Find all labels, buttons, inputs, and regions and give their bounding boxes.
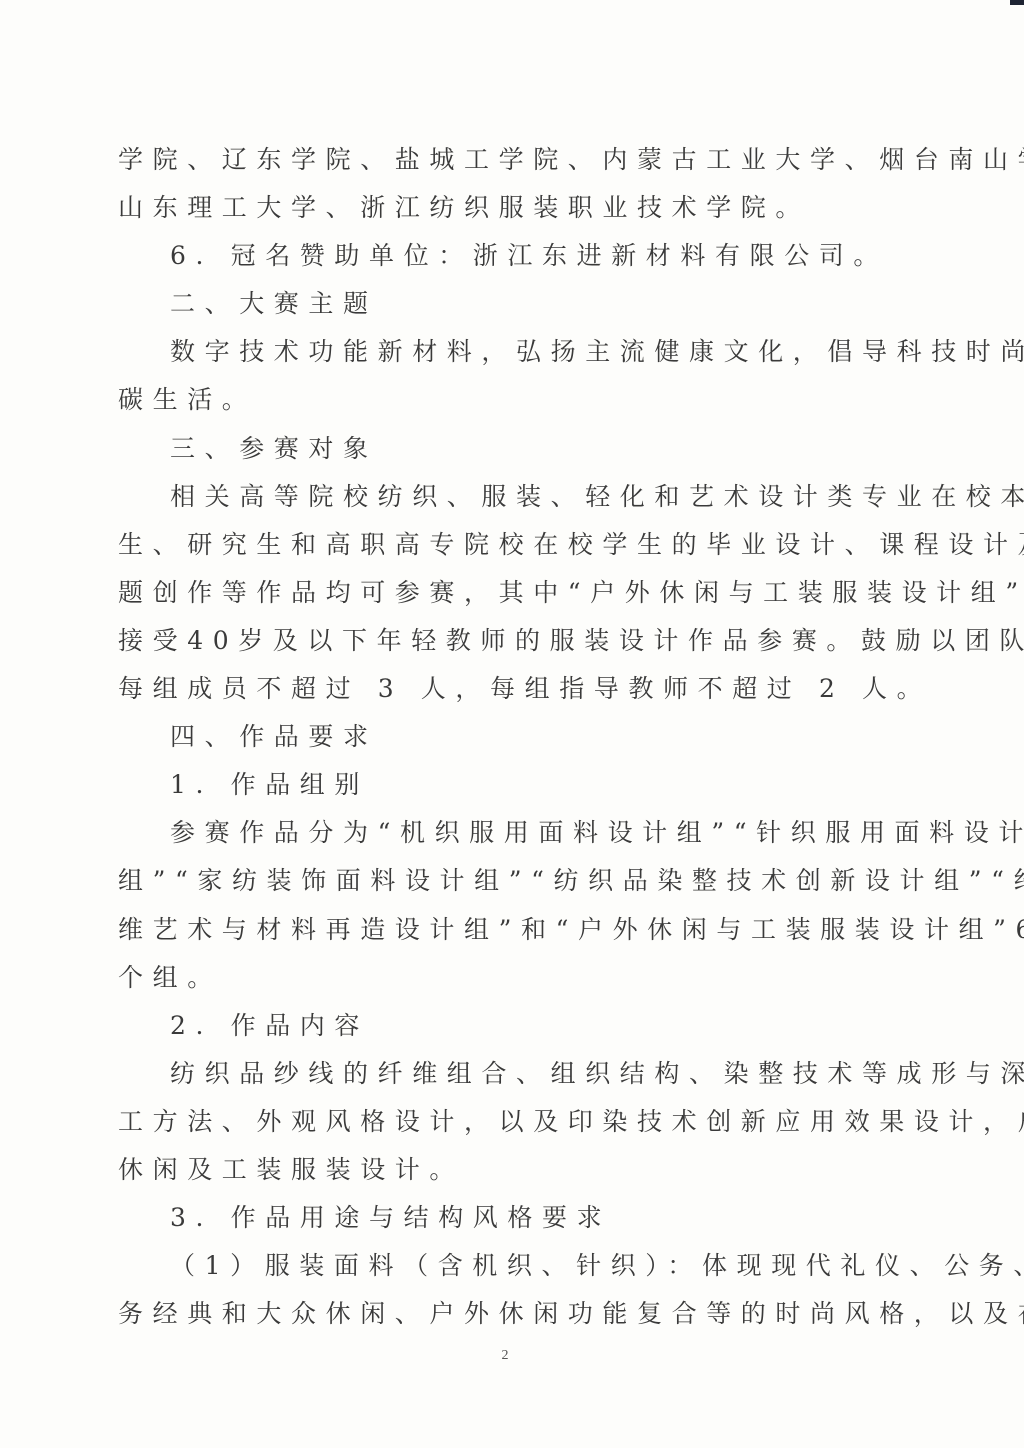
document-page-body: 学院、辽东学院、盐城工学院、内蒙古工业大学、烟台南山学院、 山东理工大学、浙江纺…: [118, 136, 908, 1338]
subheading-usage-style: 3. 作品用途与结构风格要求: [118, 1194, 908, 1242]
text-line: 组”“家纺装饰面料设计组”“纺织品染整技术创新设计组”“纤: [118, 857, 908, 905]
section-heading-theme: 二、大赛主题: [118, 280, 908, 328]
text-line: 接受40岁及以下年轻教师的服装设计作品参赛。鼓励以团队参赛，: [118, 617, 908, 665]
text-line: 碳生活。: [118, 376, 908, 424]
text-line: 休闲及工装服装设计。: [118, 1146, 908, 1194]
text-line: 数字技术功能新材料，弘扬主流健康文化，倡导科技时尚低: [118, 328, 908, 376]
sponsor-line: 6. 冠名赞助单位：浙江东进新材料有限公司。: [118, 232, 908, 280]
subheading-content: 2. 作品内容: [118, 1002, 908, 1050]
text-line: 纺织品纱线的纤维组合、组织结构、染整技术等成形与深加: [118, 1050, 908, 1098]
text-line: 生、研究生和高职高专院校在校学生的毕业设计、课程设计及专: [118, 521, 908, 569]
text-line: 每组成员不超过 3 人，每组指导教师不超过 2 人。: [118, 665, 908, 713]
text-line: 维艺术与材料再造设计组”和“户外休闲与工装服装设计组”6: [118, 906, 908, 954]
text-line: 工方法、外观风格设计，以及印染技术创新应用效果设计，户外: [118, 1098, 908, 1146]
section-heading-participants: 三、参赛对象: [118, 425, 908, 473]
text-line: （1）服装面料（含机织、针织）：体现现代礼仪、公务、商: [118, 1242, 908, 1290]
scan-edge-mark: [1010, 0, 1024, 5]
text-line: 学院、辽东学院、盐城工学院、内蒙古工业大学、烟台南山学院、: [118, 136, 908, 184]
text-line: 个组。: [118, 954, 908, 1002]
text-line: 相关高等院校纺织、服装、轻化和艺术设计类专业在校本科: [118, 473, 908, 521]
subheading-categories: 1. 作品组别: [118, 761, 908, 809]
text-line: 题创作等作品均可参赛，其中“户外休闲与工装服装设计组”也: [118, 569, 908, 617]
page-number: 2: [0, 1348, 1010, 1364]
text-line: 务经典和大众休闲、户外休闲功能复合等的时尚风格，以及在不: [118, 1290, 908, 1338]
text-line: 山东理工大学、浙江纺织服装职业技术学院。: [118, 184, 908, 232]
text-line: 参赛作品分为“机织服用面料设计组”“针织服用面料设计: [118, 809, 908, 857]
section-heading-requirements: 四、作品要求: [118, 713, 908, 761]
